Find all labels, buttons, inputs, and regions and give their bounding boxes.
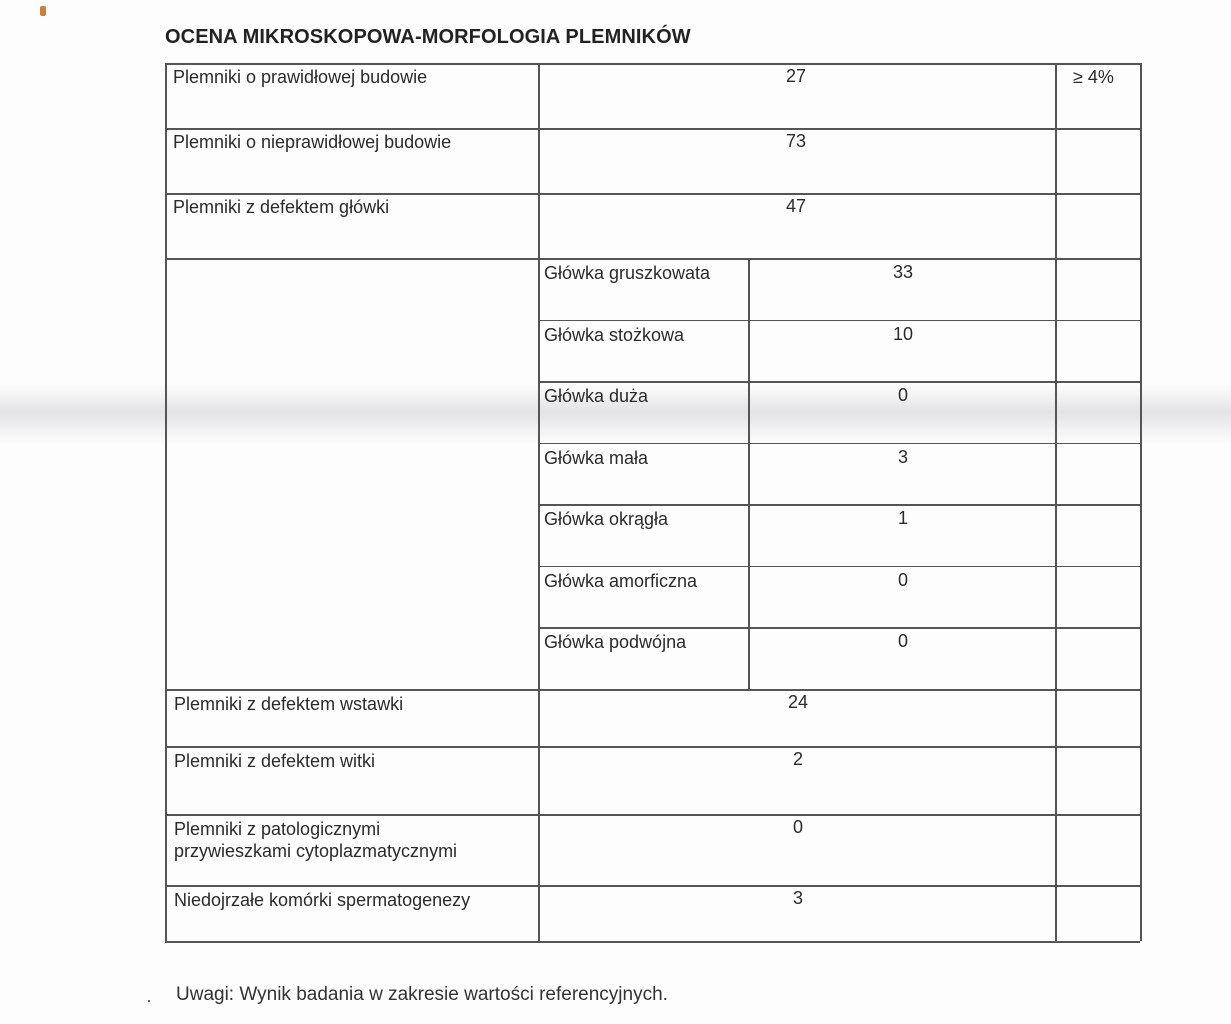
row-value: 3 [768, 888, 828, 909]
head-defect-value: 3 [873, 447, 933, 468]
table-rule [538, 504, 1140, 506]
table-rule [165, 885, 1140, 887]
table-rule [748, 258, 750, 689]
table-rule [165, 63, 1140, 65]
head-defect-value: 0 [873, 631, 933, 652]
row-label: Plemniki z defektem wstawki [174, 693, 403, 715]
head-defect-label: Główka stożkowa [544, 324, 684, 346]
row-value: 0 [768, 817, 828, 838]
table-rule [538, 627, 1140, 629]
head-defect-value: 0 [873, 385, 933, 406]
table-rule [538, 443, 1140, 445]
bullet-dot [148, 1000, 150, 1002]
table-rule [165, 258, 1140, 260]
head-defect-label: Główka mała [544, 447, 648, 469]
row-label: Plemniki z patologicznymi przywieszkami … [174, 818, 457, 862]
scan-mark [40, 6, 46, 16]
head-defect-label: Główka duża [544, 385, 648, 407]
row-label: Plemniki o nieprawidłowej budowie [173, 131, 451, 153]
row-value: 47 [766, 196, 826, 217]
head-defect-value: 1 [873, 508, 933, 529]
table-rule [165, 63, 167, 941]
row-label: Niedojrzałe komórki spermatogenezy [174, 889, 470, 911]
row-value: 24 [768, 692, 828, 713]
table-rule [538, 381, 1140, 383]
head-defect-value: 0 [873, 570, 933, 591]
table-rule [165, 128, 1140, 130]
table-rule [1055, 63, 1057, 941]
head-defect-label: Główka gruszkowata [544, 262, 710, 284]
row-value: 73 [766, 131, 826, 152]
row-value: 27 [766, 66, 826, 87]
head-defect-value: 10 [873, 324, 933, 345]
table-rule [165, 941, 1140, 943]
row-label: Plemniki o prawidłowej budowie [173, 66, 427, 88]
row-value: 2 [768, 749, 828, 770]
head-defect-label: Główka okrągła [544, 508, 668, 530]
remarks-note: Uwagi: Wynik badania w zakresie wartości… [176, 984, 668, 1006]
head-defect-label: Główka podwójna [544, 631, 686, 653]
table-rule [165, 193, 1140, 195]
row-label: Plemniki z defektem główki [173, 196, 389, 218]
table-rule [538, 63, 540, 941]
morphology-table: Plemniki o prawidłowej budowie27≥ 4%Plem… [165, 63, 1140, 943]
table-rule [538, 566, 1140, 568]
table-rule [165, 689, 1140, 691]
table-rule [1140, 63, 1142, 941]
reference-value: ≥ 4% [1073, 66, 1114, 88]
head-defect-value: 33 [873, 262, 933, 283]
table-rule [165, 746, 1140, 748]
table-rule [165, 814, 1140, 816]
head-defect-label: Główka amorficzna [544, 570, 697, 592]
document-title: OCENA MIKROSKOPOWA-MORFOLOGIA PLEMNIKÓW [165, 26, 691, 49]
table-rule [538, 320, 1140, 322]
row-label: Plemniki z defektem witki [174, 750, 375, 772]
